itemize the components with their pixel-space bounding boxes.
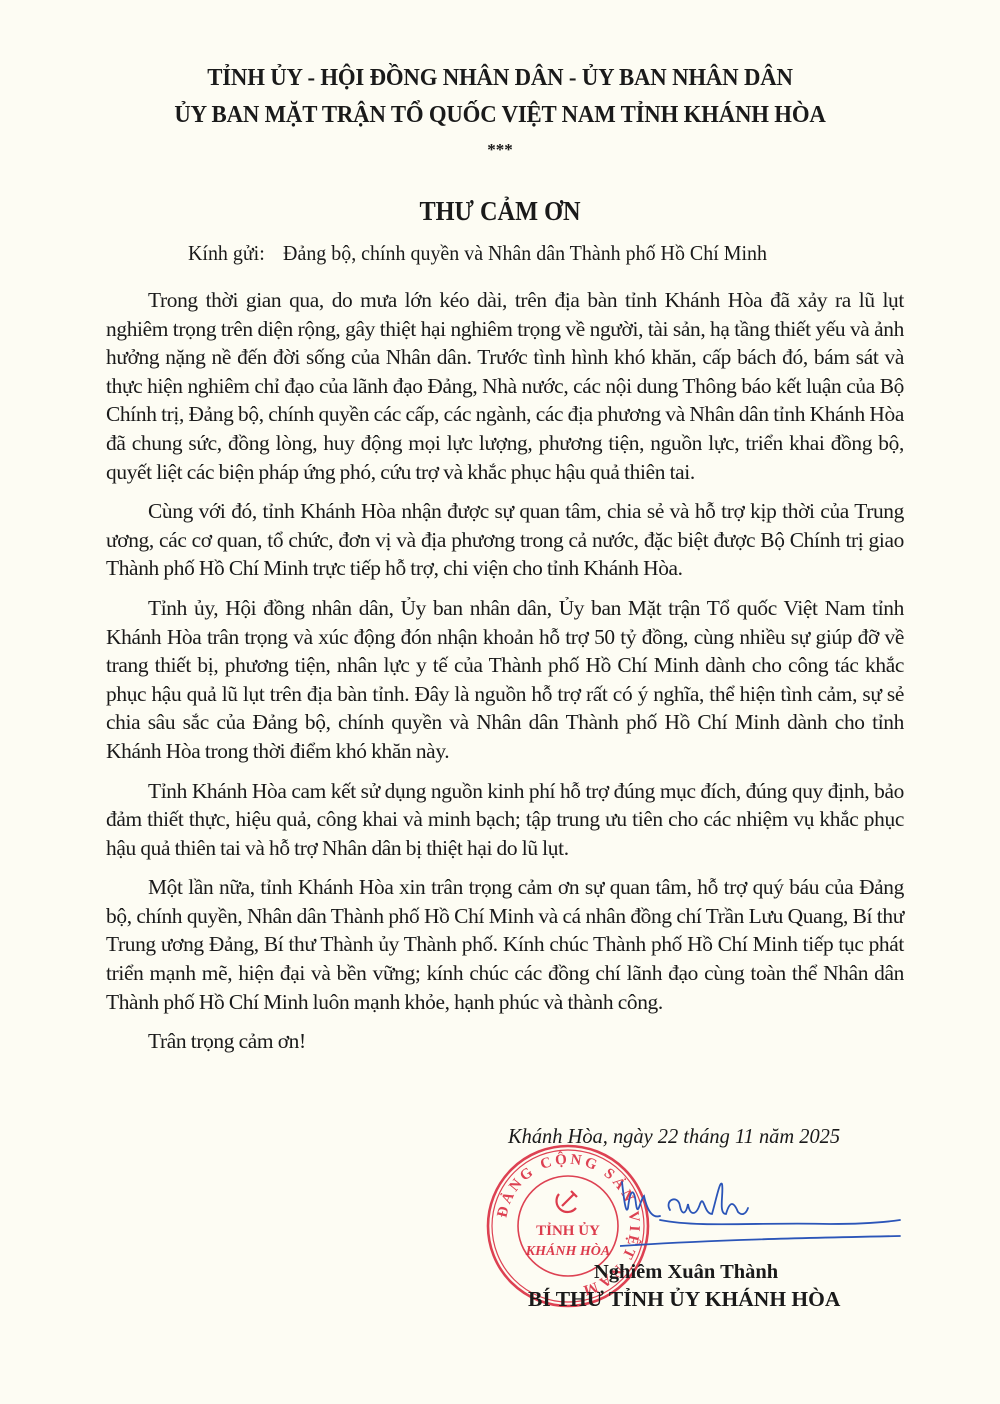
letter-page: TỈNH ỦY - HỘI ĐỒNG NHÂN DÂN - ỦY BAN NHÂ… <box>0 0 1000 1404</box>
paragraph: Cùng với đó, tỉnh Khánh Hòa nhận được sự… <box>106 497 904 583</box>
hammer-sickle-icon <box>556 1191 577 1212</box>
signer-name: Nghiêm Xuân Thành <box>594 1261 778 1284</box>
stamp-inner-line-2: KHÁNH HÒA <box>525 1242 610 1259</box>
stamp-inner-line-1: TỈNH ỦY <box>536 1222 600 1239</box>
paragraph: Trong thời gian qua, do mưa lớn kéo dài,… <box>106 286 904 486</box>
recipient-line: Kính gửi: Đảng bộ, chính quyền và Nhân d… <box>188 241 767 266</box>
recipient-label: Kính gửi: <box>188 241 265 265</box>
header-line-2: ỦY BAN MẶT TRẬN TỔ QUỐC VIỆT NAM TỈNH KH… <box>35 101 965 129</box>
paragraph: Tỉnh ủy, Hội đồng nhân dân, Ủy ban nhân … <box>106 594 904 766</box>
document-title: THƯ CẢM ƠN <box>50 196 950 227</box>
header-separator: *** <box>0 140 1000 160</box>
paragraph: Một lần nữa, tỉnh Khánh Hòa xin trân trọ… <box>106 873 904 1016</box>
closing-line: Trân trọng cảm ơn! <box>106 1027 904 1056</box>
recipient-value: Đảng bộ, chính quyền và Nhân dân Thành p… <box>283 241 767 265</box>
signer-title: BÍ THƯ TỈNH ỦY KHÁNH HÒA <box>528 1287 840 1312</box>
letter-body: Trong thời gian qua, do mưa lớn kéo dài,… <box>106 286 904 1067</box>
paragraph: Tỉnh Khánh Hòa cam kết sử dụng nguồn kin… <box>106 777 904 863</box>
header-line-1: TỈNH ỦY - HỘI ĐỒNG NHÂN DÂN - ỦY BAN NHÂ… <box>35 64 965 92</box>
handwritten-signature <box>620 1170 920 1250</box>
